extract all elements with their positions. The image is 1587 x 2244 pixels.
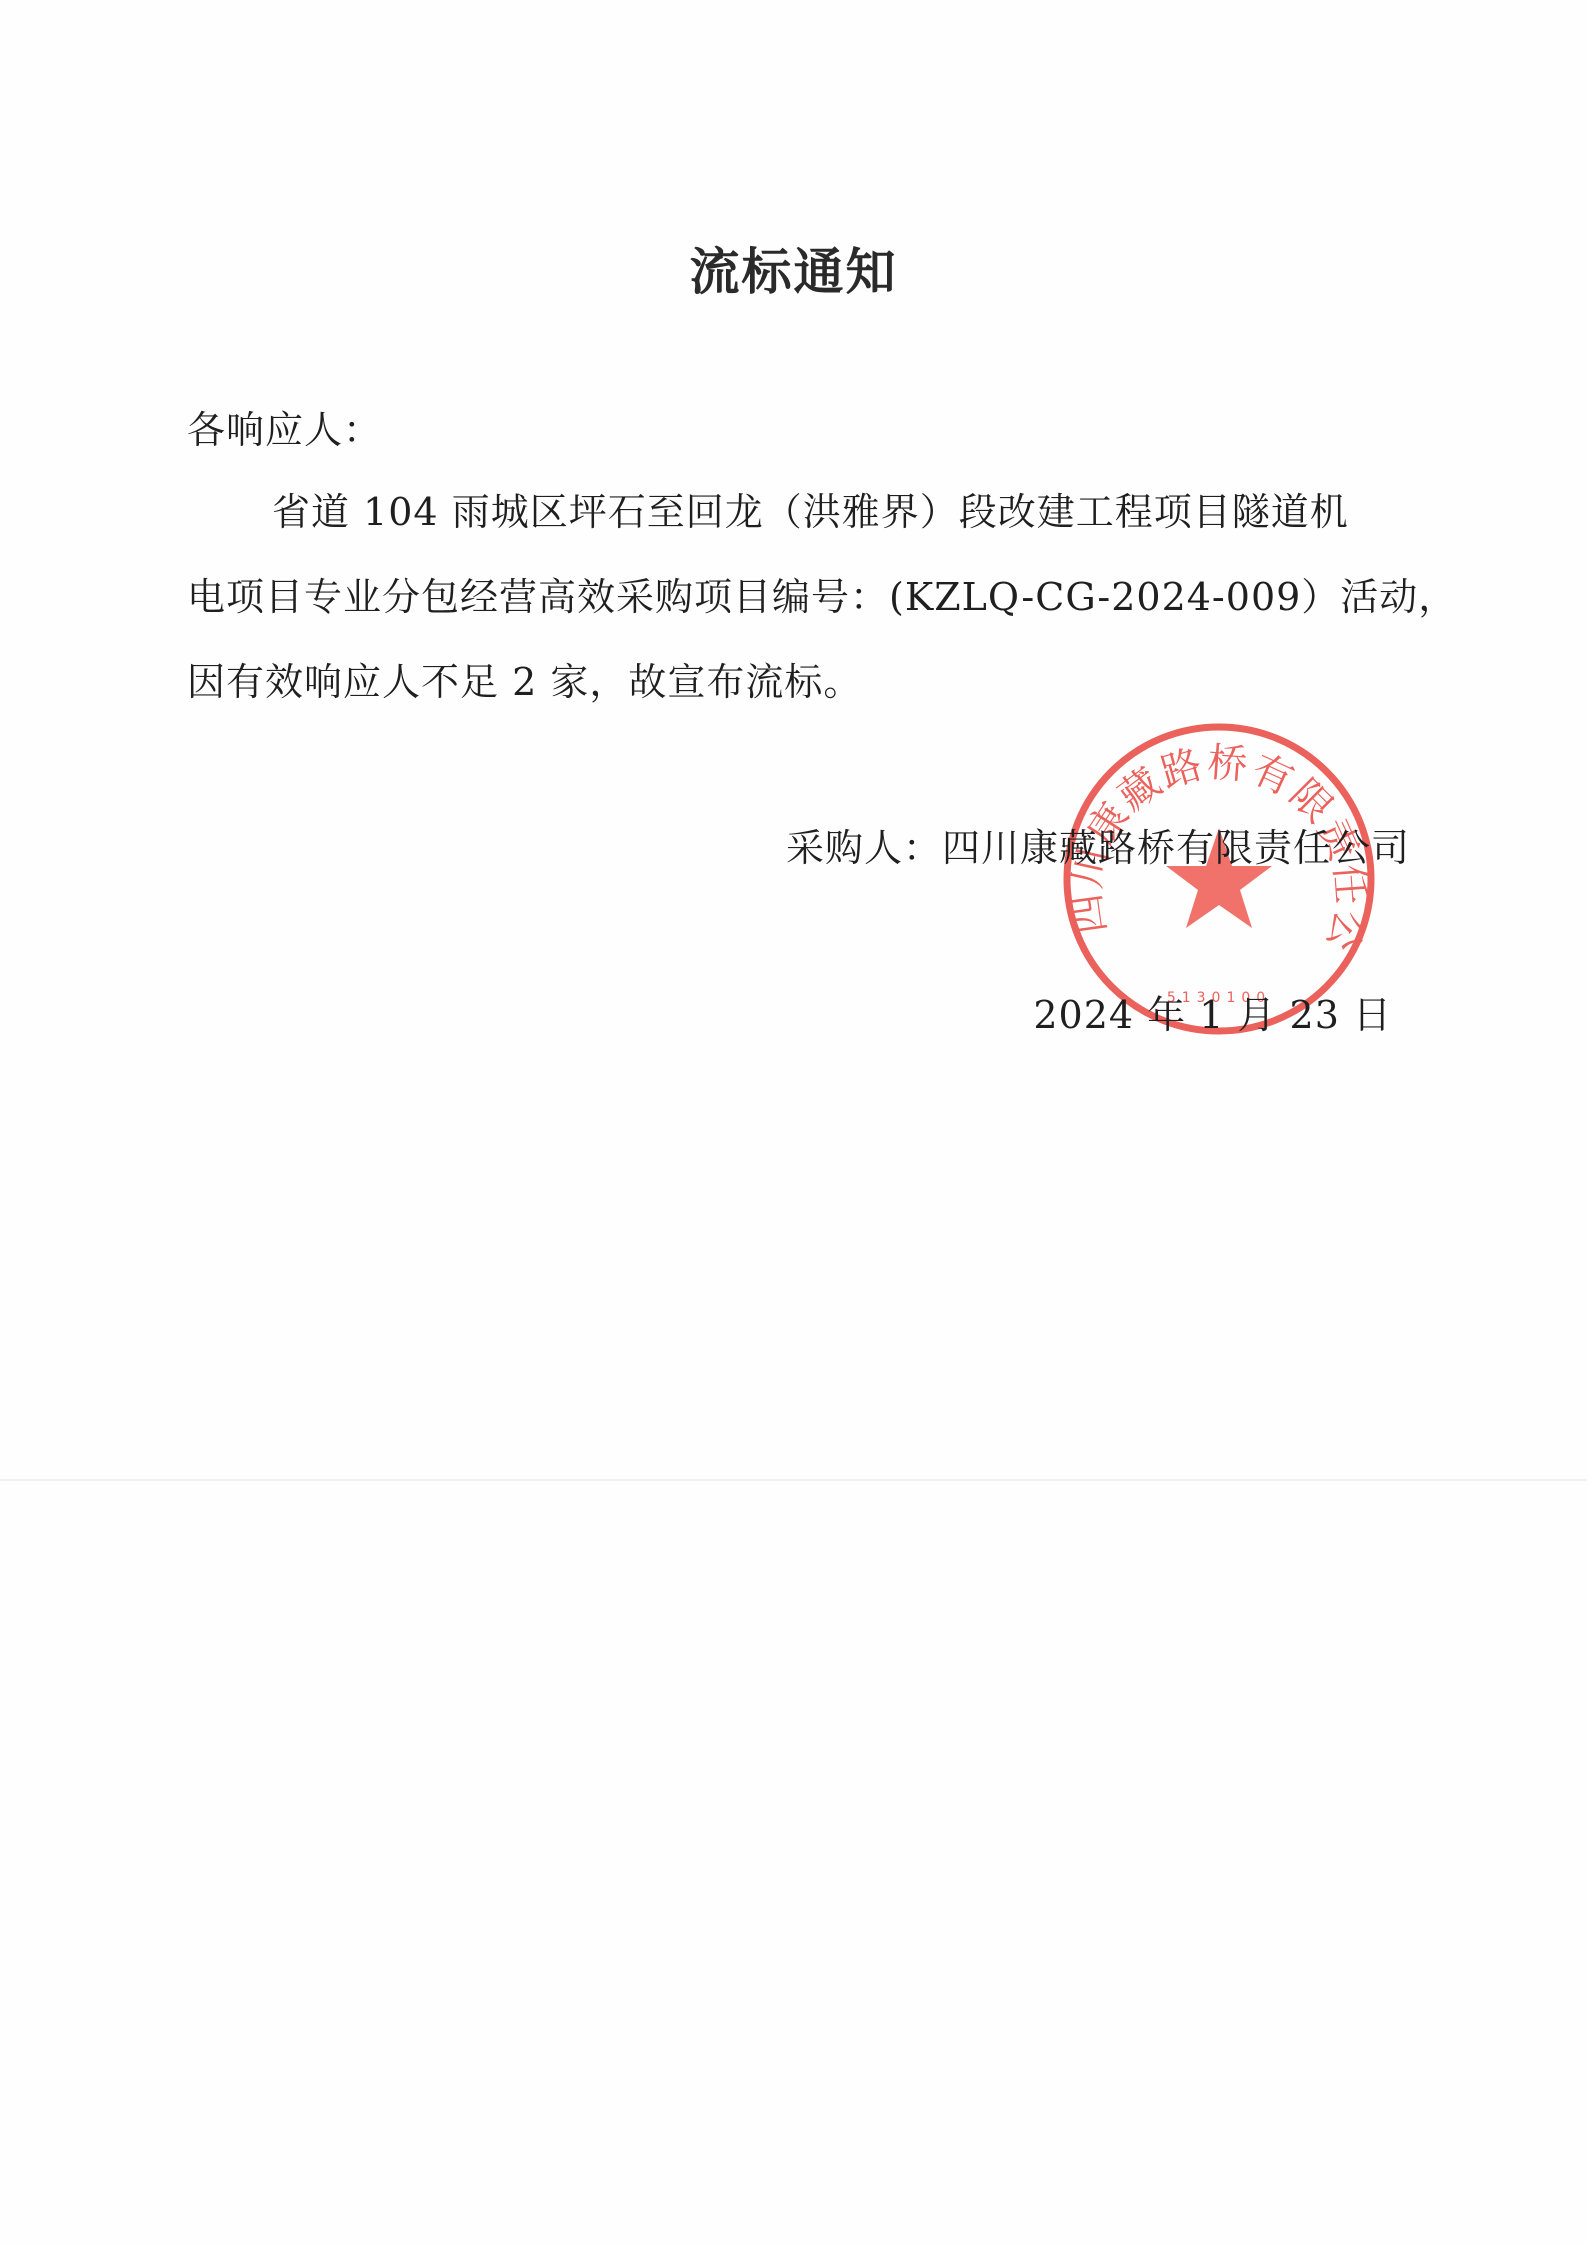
body-line-3: 因有效响应人不足 2 家，故宣布流标。 xyxy=(187,657,862,707)
body-line-2: 电项目专业分包经营高效采购项目编号：(KZLQ-CG-2024-009）活动， xyxy=(187,572,1457,622)
notice-date: 2024 年 1 月 23 日 xyxy=(1033,990,1392,1040)
scan-artifact-line xyxy=(0,1479,1587,1481)
notice-title: 流标通知 xyxy=(0,232,1587,304)
purchaser-signature: 采购人：四川康藏路桥有限责任公司 xyxy=(786,823,1410,873)
salutation: 各响应人： xyxy=(187,405,382,455)
document-page: 流标通知 各响应人： 省道 104 雨城区坪石至回龙（洪雅界）段改建工程项目隧道… xyxy=(0,0,1587,2244)
body-line-1: 省道 104 雨城区坪石至回龙（洪雅界）段改建工程项目隧道机 xyxy=(272,487,1349,537)
